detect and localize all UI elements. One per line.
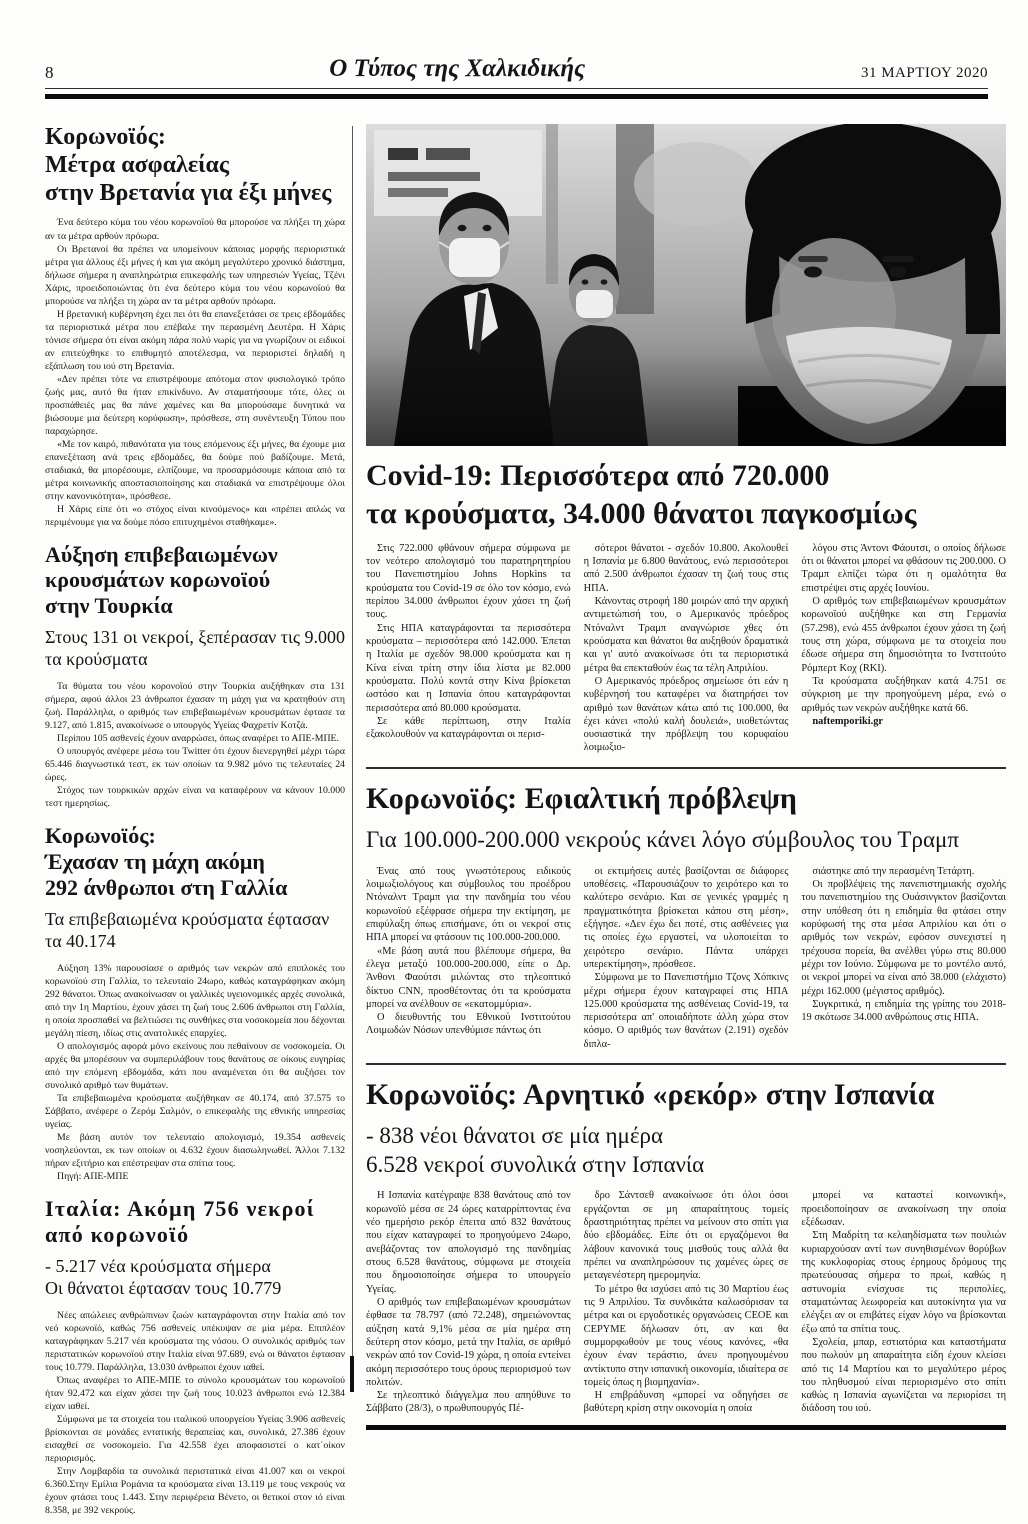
paragraph: «Με τον καιρό, πιθανότατα για τους επόμε… <box>45 438 345 503</box>
paragraph: Αύξηση 13% παρουσίασε ο αριθμός των νεκρ… <box>45 962 345 1040</box>
section-rule <box>366 1063 1006 1065</box>
paragraph: Τα κρούσματα αυξήθηκαν κατά 4.751 σε σύγ… <box>801 675 1006 715</box>
paragraph: Σε κάθε περίπτωση, στην Ιταλία εξακολουθ… <box>366 715 571 742</box>
paragraph: Στις ΗΠΑ καταγράφονται τα περισσότερα κρ… <box>366 622 571 715</box>
paragraph: Ο υπουργός ανέφερε μέσω του Twitter ότι … <box>45 745 345 784</box>
paragraph: Κάνοντας στροφή 180 μοιρών από την αρχικ… <box>584 595 789 675</box>
page-header: 8 Ο Τύπος της Χαλκιδικής 31 ΜΑΡΤΙΟΥ 2020 <box>45 56 988 81</box>
article-world: Covid-19: Περισσότερα από 720.000 τα κρο… <box>366 457 1006 755</box>
paragraph: οι εκτιμήσεις αυτές βασίζονται σε διάφορ… <box>584 865 789 972</box>
article-italy: Ιταλία: Ακόμη 756 νεκροί από κορωνοϊό - … <box>45 1196 345 1517</box>
paragraph: Νέες απώλειες ανθρώπινων ζωών καταγράφον… <box>45 1309 345 1374</box>
header-rule-thick <box>45 94 988 99</box>
article-france-body: Αύξηση 13% παρουσίασε ο αριθμός των νεκρ… <box>45 962 345 1183</box>
paragraph: «Με βάση αυτά που βλέπουμε σήμερα, θα έλ… <box>366 945 571 1012</box>
text-column: μπορεί να καταστεί κοινωνική», προειδοπο… <box>801 1189 1006 1415</box>
paragraph: Τα επιβεβαιωμένα κρούσματα αυξήθηκαν σε … <box>45 1092 345 1131</box>
article-prediction-title: Κορωνοϊός: Εφιαλτική πρόβλεψη <box>366 780 1006 818</box>
paragraph: Ο απολογισμός αφορά μόνο εκείνους που πε… <box>45 1040 345 1092</box>
paragraph: Ο αριθμός των επιβεβαιωμένων κρουσμάτων … <box>801 595 1006 675</box>
title-line: 292 άνθρωποι στη Γαλλία <box>45 875 345 901</box>
column-divider <box>352 126 353 1358</box>
text-column: σιάστηκε από την περασμένη Τετάρτη.Οι πρ… <box>801 865 1006 1051</box>
article-turkey-body: Τα θύματα του νέου κορονοϊού στην Τουρκί… <box>45 680 345 810</box>
paragraph: Ένα δεύτερο κύμα του νέου κορωνοϊού θα μ… <box>45 216 345 242</box>
paragraph: λόγου στις Άντονι Φάουτσι, ο οποίος δήλω… <box>801 542 1006 595</box>
title-line: Κορωνοϊός: Αρνητικό «ρεκόρ» στην Ισπανία <box>366 1076 1006 1114</box>
paragraph: Στις 722.000 φθάνουν σήμερα σύμφωνα με τ… <box>366 542 571 622</box>
title-line: Ιταλία: Ακόμη 756 νεκροί <box>45 1196 345 1222</box>
text-column: Η Ισπανία κατέγραψε 838 θανάτους από τον… <box>366 1189 571 1415</box>
source-credit: naftemporiki.gr <box>801 715 1006 728</box>
article-prediction-subtitle: Για 100.000-200.000 νεκρούς κάνει λόγο σ… <box>366 826 1006 855</box>
column-divider-cap <box>350 1356 354 1392</box>
paragraph: Περίπου 105 ασθενείς έχουν αναρρώσει, όπ… <box>45 732 345 745</box>
paragraph: Η Χάρις είπε ότι «ο στόχος είναι κινούμε… <box>45 503 345 529</box>
main-column: Covid-19: Περισσότερα από 720.000 τα κρο… <box>366 124 1006 1430</box>
title-line: Κορωνοϊός: <box>45 823 345 849</box>
subtitle-line: Οι θάνατοι έφτασαν τους 10.779 <box>45 1278 345 1300</box>
paragraph: σιάστηκε από την περασμένη Τετάρτη. <box>801 865 1006 878</box>
title-line: Covid-19: Περισσότερα από 720.000 <box>366 457 1006 495</box>
article-turkey-subtitle: Στους 131 οι νεκροί, ξεπέρασαν τις 9.000… <box>45 627 345 671</box>
title-line: τα κρούσματα, 34.000 θάνατοι παγκοσμίως <box>366 495 1006 533</box>
title-line: Μέτρα ασφαλείας <box>45 152 345 180</box>
article-turkey-title: Αύξηση επιβεβαιωμένων κρουσμάτων κορωνοϊ… <box>45 542 345 619</box>
article-italy-title: Ιταλία: Ακόμη 756 νεκροί από κορωνοϊό <box>45 1196 345 1247</box>
paragraph: Τα θύματα του νέου κορονοϊού στην Τουρκί… <box>45 680 345 732</box>
title-line: στην Βρετανία για έξι μήνες <box>45 180 345 208</box>
header-rule-thin <box>45 88 988 89</box>
title-line: από κορωνοϊό <box>45 1222 345 1248</box>
paragraph: Η επιβράδυνση «μπορεί να οδηγήσει σε βαθ… <box>584 1389 789 1416</box>
masthead: Ο Τύπος της Χαλκιδικής <box>329 56 585 81</box>
paragraph: Με βάση αυτόν τον τελευταίο απολογισμό, … <box>45 1131 345 1170</box>
newspaper-page: 8 Ο Τύπος της Χαλκιδικής 31 ΜΑΡΤΙΟΥ 2020… <box>0 0 1028 1524</box>
paragraph: Συγκριτικά, η επιδημία της γρίπης του 20… <box>801 998 1006 1025</box>
article-world-columns: Στις 722.000 φθάνουν σήμερα σύμφωνα με τ… <box>366 542 1006 755</box>
text-column: Στις 722.000 φθάνουν σήμερα σύμφωνα με τ… <box>366 542 571 755</box>
article-italy-subtitle: - 5.217 νέα κρούσματα σήμερα Οι θάνατοι … <box>45 1256 345 1300</box>
paragraph: Ένας από τους γνωστότερους ειδικούς λοιμ… <box>366 865 571 945</box>
subtitle-line: - 838 νέοι θάνατοι σε μία ημέρα <box>366 1122 1006 1151</box>
paragraph: Οι Βρετανοί θα πρέπει να υπομείνουν κάπο… <box>45 243 345 308</box>
paragraph: Σύμφωνα με το Πανεπιστήμιο Τζονς Χόπκινς… <box>584 971 789 1051</box>
article-italy-body: Νέες απώλειες ανθρώπινων ζωών καταγράφον… <box>45 1309 345 1517</box>
text-column: σότεροι θάνατοι - σχεδόν 10.800. Ακολουθ… <box>584 542 789 755</box>
title-line: κρουσμάτων κορωνοϊού <box>45 567 345 593</box>
left-column: Κορωνοϊός: Μέτρα ασφαλείας στην Βρετανία… <box>45 124 345 1524</box>
section-rule <box>366 767 1006 769</box>
article-prediction: Κορωνοϊός: Εφιαλτική πρόβλεψη Για 100.00… <box>366 780 1006 1051</box>
article-france-title: Κορωνοϊός: Έχασαν τη μάχη ακόμη 292 άνθρ… <box>45 823 345 900</box>
paragraph: μπορεί να καταστεί κοινωνική», προειδοπο… <box>801 1189 1006 1229</box>
bottom-rule <box>366 1425 1006 1430</box>
article-uk-title: Κορωνοϊός: Μέτρα ασφαλείας στην Βρετανία… <box>45 124 345 207</box>
paragraph: Οι προβλέψεις της πανεπιστημιακής σχολής… <box>801 878 1006 998</box>
paragraph: Πηγή: ΑΠΕ-ΜΠΕ <box>45 1170 345 1183</box>
paragraph: Σύμφωνα με τα στοιχεία του ιταλικού υπου… <box>45 1413 345 1465</box>
paragraph: Ο διευθυντής του Εθνικού Ινστιτούτου Λοι… <box>366 1011 571 1038</box>
paragraph: «Δεν πρέπει τότε να επιστρέψουμε απότομα… <box>45 373 345 438</box>
photo-illustration <box>366 124 1006 446</box>
news-photo <box>366 124 1006 446</box>
title-line: Αύξηση επιβεβαιωμένων <box>45 542 345 568</box>
article-france: Κορωνοϊός: Έχασαν τη μάχη ακόμη 292 άνθρ… <box>45 823 345 1183</box>
text-column: Ένας από τους γνωστότερους ειδικούς λοιμ… <box>366 865 571 1051</box>
text-column: λόγου στις Άντονι Φάουτσι, ο οποίος δήλω… <box>801 542 1006 755</box>
paragraph: Στόχος των τουρκικών αρχών είναι να κατα… <box>45 784 345 810</box>
title-line: στην Τουρκία <box>45 593 345 619</box>
article-prediction-columns: Ένας από τους γνωστότερους ειδικούς λοιμ… <box>366 865 1006 1051</box>
subtitle-line: 6.528 νεκροί συνολικά στην Ισπανία <box>366 1151 1006 1180</box>
issue-date: 31 ΜΑΡΤΙΟΥ 2020 <box>861 66 988 81</box>
paragraph: Σε τηλεοπτικό διάγγελμα που απηύθυνε το … <box>366 1389 571 1416</box>
article-world-title: Covid-19: Περισσότερα από 720.000 τα κρο… <box>366 457 1006 534</box>
article-spain-subtitle: - 838 νέοι θάνατοι σε μία ημέρα 6.528 νε… <box>366 1122 1006 1179</box>
paragraph: Η Ισπανία κατέγραψε 838 θανάτους από τον… <box>366 1189 571 1296</box>
paragraph: σότεροι θάνατοι - σχεδόν 10.800. Ακολουθ… <box>584 542 789 595</box>
title-line: Έχασαν τη μάχη ακόμη <box>45 849 345 875</box>
paragraph: Στη Μαδρίτη τα κελαηδίσματα των πουλιών … <box>801 1229 1006 1336</box>
article-uk-body: Ένα δεύτερο κύμα του νέου κορωνοϊού θα μ… <box>45 216 345 528</box>
paragraph: Στην Λομβαρδία τα συνολικά περιστατικά ε… <box>45 1465 345 1517</box>
paragraph: Ο Αμερικανός πρόεδρος σημείωσε ότι εάν η… <box>584 675 789 755</box>
paragraph: Το μέτρο θα ισχύσει από τις 30 Μαρτίου έ… <box>584 1283 789 1390</box>
article-spain-columns: Η Ισπανία κατέγραψε 838 θανάτους από τον… <box>366 1189 1006 1415</box>
title-line: Κορωνοϊός: <box>45 124 345 152</box>
paragraph: Όπως αναφέρει το ΑΠΕ-ΜΠΕ το σύνολο κρουσ… <box>45 1374 345 1413</box>
paragraph: δρο Σάντσεθ ανακοίνωσε ότι όλοι όσοι εργ… <box>584 1189 789 1282</box>
paragraph: Σχολεία, μπαρ, εστιατόρια και καταστήματ… <box>801 1336 1006 1416</box>
paragraph: Η βρετανική κυβέρνηση έχει πει ότι θα επ… <box>45 308 345 373</box>
text-column: οι εκτιμήσεις αυτές βασίζονται σε διάφορ… <box>584 865 789 1051</box>
article-uk-measures: Κορωνοϊός: Μέτρα ασφαλείας στην Βρετανία… <box>45 124 345 529</box>
text-column: δρο Σάντσεθ ανακοίνωσε ότι όλοι όσοι εργ… <box>584 1189 789 1415</box>
article-turkey: Αύξηση επιβεβαιωμένων κρουσμάτων κορωνοϊ… <box>45 542 345 811</box>
article-spain: Κορωνοϊός: Αρνητικό «ρεκόρ» στην Ισπανία… <box>366 1076 1006 1430</box>
subtitle-line: - 5.217 νέα κρούσματα σήμερα <box>45 1256 345 1278</box>
paragraph: Ο αριθμός των επιβεβαιωμένων κρουσμάτων … <box>366 1296 571 1389</box>
article-spain-title: Κορωνοϊός: Αρνητικό «ρεκόρ» στην Ισπανία <box>366 1076 1006 1114</box>
page-number: 8 <box>45 64 54 81</box>
article-france-subtitle: Τα επιβεβαιωμένα κρούσματα έφτασαν τα 40… <box>45 909 345 953</box>
title-line: Κορωνοϊός: Εφιαλτική πρόβλεψη <box>366 780 1006 818</box>
